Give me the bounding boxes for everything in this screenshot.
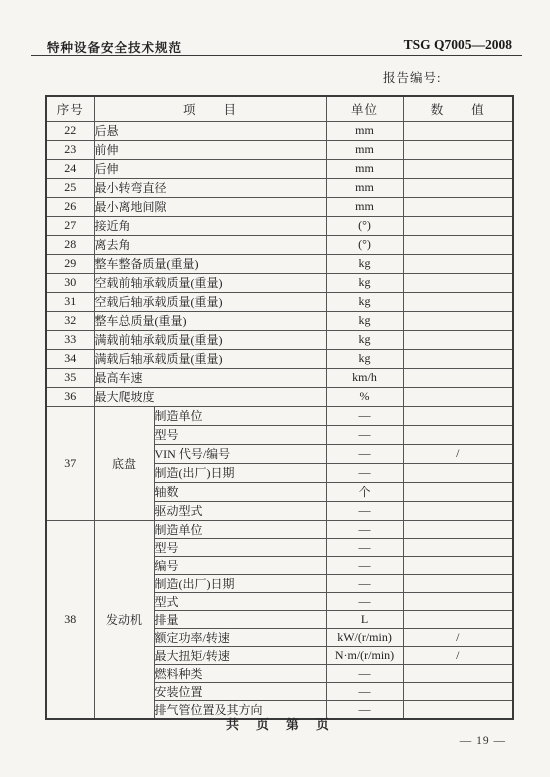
table-row: 35最高车速km/h [46,368,513,387]
table-row: 34满载后轴承载质量(重量)kg [46,349,513,368]
subrow-unit: — [326,520,403,538]
row-unit: kg [326,349,403,368]
subrow-item: 制造单位 [154,520,326,538]
subrow-unit: — [326,406,403,425]
subrow-unit: N·m/(r/min) [326,646,403,664]
row-no: 31 [46,292,94,311]
row-value [403,159,513,178]
spec-items-table: 序号 项 目 单位 数 值 22后悬mm23前伸mm24后伸mm25最小转弯直径… [45,95,514,720]
row-item: 最大爬坡度 [94,387,326,406]
row-value [403,311,513,330]
row-no: 24 [46,159,94,178]
subrow-item: 制造(出厂)日期 [154,574,326,592]
subrow-value: / [403,444,513,463]
row-item: 满载后轴承载质量(重量) [94,349,326,368]
column-header-unit: 单位 [326,96,403,121]
subrow-item: 轴数 [154,482,326,501]
table-row: 29整车整备质量(重量)kg [46,254,513,273]
row-item: 空载后轴承载质量(重量) [94,292,326,311]
table-subrow: 38发动机制造单位— [46,520,513,538]
row-unit: kg [326,311,403,330]
row-no: 28 [46,235,94,254]
row-item: 满载前轴承载质量(重量) [94,330,326,349]
row-value [403,387,513,406]
subrow-unit: — [326,556,403,574]
table-row: 36最大爬坡度% [46,387,513,406]
row-no: 26 [46,197,94,216]
subrow-value [403,482,513,501]
table-row: 26最小离地间隙mm [46,197,513,216]
row-unit: kg [326,292,403,311]
row-unit: mm [326,197,403,216]
subrow-value [403,520,513,538]
subrow-value [403,556,513,574]
row-item: 最高车速 [94,368,326,387]
row-unit: kg [326,273,403,292]
subrow-unit: kW/(r/min) [326,628,403,646]
group-no: 37 [46,406,94,520]
row-item: 前伸 [94,140,326,159]
subrow-unit: — [326,664,403,682]
report-number-label: 报告编号: [383,68,441,86]
table-row: 25最小转弯直径mm [46,178,513,197]
row-unit: mm [326,159,403,178]
row-unit: mm [326,178,403,197]
row-item: 后伸 [94,159,326,178]
table-row: 22后悬mm [46,121,513,140]
row-value [403,330,513,349]
subrow-value [403,610,513,628]
row-unit: mm [326,121,403,140]
row-unit: km/h [326,368,403,387]
row-no: 22 [46,121,94,140]
subrow-unit: — [326,538,403,556]
table-row: 27接近角(°) [46,216,513,235]
subrow-unit: — [326,682,403,700]
subrow-value [403,425,513,444]
table-row: 30空载前轴承载质量(重量)kg [46,273,513,292]
subrow-unit: 个 [326,482,403,501]
row-value [403,292,513,311]
subrow-item: 排量 [154,610,326,628]
row-item: 后悬 [94,121,326,140]
table-row: 28离去角(°) [46,235,513,254]
row-unit: mm [326,140,403,159]
row-unit: kg [326,330,403,349]
subrow-unit: — [326,425,403,444]
row-value [403,140,513,159]
row-unit: kg [326,254,403,273]
subrow-value [403,664,513,682]
table-header-row: 序号 项 目 单位 数 值 [46,96,513,121]
row-no: 32 [46,311,94,330]
subrow-value [403,682,513,700]
group-category: 底盘 [94,406,154,520]
subrow-value [403,501,513,520]
row-value [403,368,513,387]
row-no: 27 [46,216,94,235]
row-no: 36 [46,387,94,406]
subrow-item: 安装位置 [154,682,326,700]
spec-title: 特种设备安全技术规范 [47,38,182,56]
subrow-unit: — [326,592,403,610]
subrow-item: 最大扭矩/转速 [154,646,326,664]
table-row: 31空载后轴承载质量(重量)kg [46,292,513,311]
row-item: 接近角 [94,216,326,235]
row-value [403,273,513,292]
row-no: 25 [46,178,94,197]
table-row: 23前伸mm [46,140,513,159]
row-item: 整车整备质量(重量) [94,254,326,273]
column-header-value: 数 值 [403,96,513,121]
subrow-value: / [403,646,513,664]
row-unit: (°) [326,235,403,254]
row-unit: (°) [326,216,403,235]
subrow-item: 驱动型式 [154,501,326,520]
row-no: 34 [46,349,94,368]
row-item: 最小离地间隙 [94,197,326,216]
row-item: 空载前轴承载质量(重量) [94,273,326,292]
row-value [403,197,513,216]
column-header-item: 项 目 [94,96,326,121]
row-value [403,178,513,197]
row-item: 整车总质量(重量) [94,311,326,330]
subrow-item: 型式 [154,592,326,610]
row-value [403,235,513,254]
row-value [403,254,513,273]
subrow-value [403,538,513,556]
table-row: 24后伸mm [46,159,513,178]
subrow-item: 型号 [154,538,326,556]
subrow-unit: L [326,610,403,628]
subrow-value [403,406,513,425]
row-no: 30 [46,273,94,292]
subrow-item: VIN 代号/编号 [154,444,326,463]
group-no: 38 [46,520,94,719]
table-row: 33满载前轴承载质量(重量)kg [46,330,513,349]
subrow-item: 制造单位 [154,406,326,425]
header-rule [31,55,522,56]
subrow-item: 额定功率/转速 [154,628,326,646]
row-value [403,216,513,235]
subrow-unit: — [326,463,403,482]
row-no: 35 [46,368,94,387]
row-item: 离去角 [94,235,326,254]
subrow-item: 燃料种类 [154,664,326,682]
table-subrow: 37底盘制造单位— [46,406,513,425]
subrow-value: / [403,628,513,646]
subrow-item: 型号 [154,425,326,444]
row-value [403,121,513,140]
subrow-item: 编号 [154,556,326,574]
row-item: 最小转弯直径 [94,178,326,197]
group-category: 发动机 [94,520,154,719]
subrow-value [403,463,513,482]
table-row: 32整车总质量(重量)kg [46,311,513,330]
subrow-unit: — [326,574,403,592]
row-value [403,349,513,368]
column-header-index: 序号 [46,96,94,121]
row-no: 23 [46,140,94,159]
subrow-item: 制造(出厂)日期 [154,463,326,482]
doc-code: TSG Q7005—2008 [404,37,512,53]
row-no: 29 [46,254,94,273]
subrow-value [403,592,513,610]
row-unit: % [326,387,403,406]
row-no: 33 [46,330,94,349]
pages-footer: 共 页 第 页 [45,714,512,733]
subrow-value [403,574,513,592]
subrow-unit: — [326,444,403,463]
page-number: — 19 — [460,735,506,747]
subrow-unit: — [326,501,403,520]
